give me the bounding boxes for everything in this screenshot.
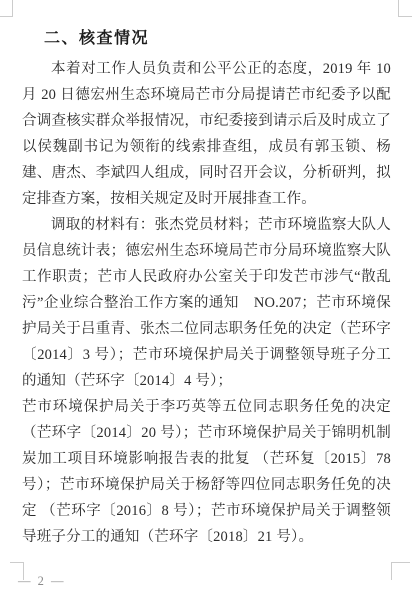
document-page: 二、核查情况 本着对工作人员负责和公平公正的态度，2019 年 10 月 20 … [0,0,412,600]
body-paragraph-2: 调取的材料有：张杰党员材料；芒市环境监察大队人员信息统计表；德宏州生态环境局芒市… [22,212,391,394]
crop-mark-bottom-right-icon [391,562,410,580]
document-body: 二、核查情况 本着对工作人员负责和公平公正的态度，2019 年 10 月 20 … [22,28,391,550]
page-number: — 2 — [18,572,66,590]
body-paragraph-1: 本着对工作人员负责和公平公正的态度，2019 年 10 月 20 日德宏州生态环… [22,56,391,212]
section-heading: 二、核查情况 [22,28,391,50]
crop-mark-top-left-icon [0,0,13,17]
body-paragraph-3: 芒市环境保护局关于李巧英等五位同志职务任免的决定 （芒环字〔2014〕20 号）… [22,394,391,550]
crop-mark-top-right-icon [398,0,412,17]
